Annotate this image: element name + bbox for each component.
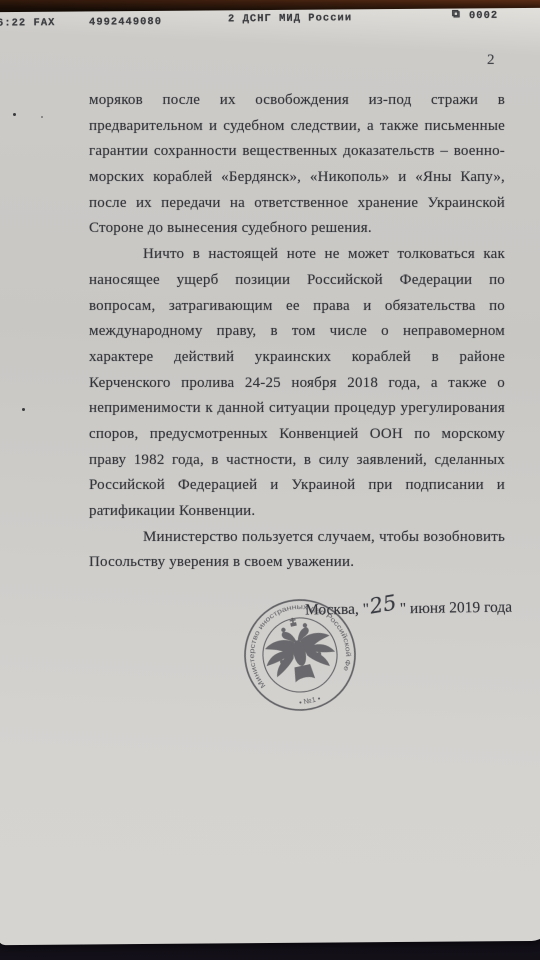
text-line: Керченского пролива 24-25 ноября 2018 го… (89, 371, 505, 397)
document-text: моряков после их освобождения из-под стр… (89, 88, 505, 576)
text-line: Российской Федерацией и Украиной при под… (89, 473, 505, 499)
fax-time: 6:22 FAX (0, 17, 55, 30)
handwritten-day: 25 (368, 590, 398, 618)
text-line: морских кораблей «Бердянск», «Никополь» … (89, 165, 505, 191)
text-line: Стороне до вынесения судебного решения. (89, 216, 505, 242)
page-number: 2 (487, 52, 495, 69)
text-line: гарантии сохранности вещественных доказа… (89, 139, 505, 165)
text-line: характере действий украинских кораблей в… (89, 345, 505, 371)
text-line: споров, предусмотренных Конвенцией ООН п… (89, 422, 505, 448)
text-line: моряков после их освобождения из-под стр… (89, 88, 505, 114)
text-line: неприменимости к данной ситуации процеду… (89, 396, 505, 422)
text-line: праву 1982 года, в частности, в силу зая… (89, 448, 505, 474)
paper-speck (22, 408, 25, 411)
text-line: международному праву, в том числе о непр… (89, 319, 505, 345)
text-line: вопросам, затрагивающим ее права и обяза… (89, 294, 505, 320)
dateline-city: Москва, " (305, 601, 369, 619)
fax-page-icon: ⧉ (452, 9, 461, 21)
dateline: Москва, "25" июня 2019 года (305, 592, 525, 619)
text-line: после их передачи на ответственное хране… (89, 191, 505, 217)
text-line: ратификации Конвенции. (89, 499, 505, 525)
text-line: предварительном и судебном следствии, а … (89, 114, 505, 140)
text-line: Посольству уверения в своем уважении. (89, 550, 505, 576)
dateline-rest: " июня 2019 года (400, 599, 513, 618)
text-line: наносящее ущерб позиции Российской Федер… (89, 268, 505, 294)
fax-page-counter: 0002 (469, 10, 498, 22)
text-line: Ничто в настоящей ноте не может толковат… (89, 242, 505, 268)
stamp-number-text: • №1 • (298, 694, 321, 707)
paper-speck (41, 116, 43, 118)
fax-number: 4992449080 (89, 16, 162, 29)
paper-speck (13, 113, 16, 116)
fax-department: 2 ДСНГ МИД России (228, 12, 352, 25)
text-line: Министерство пользуется случаем, чтобы в… (89, 525, 505, 551)
